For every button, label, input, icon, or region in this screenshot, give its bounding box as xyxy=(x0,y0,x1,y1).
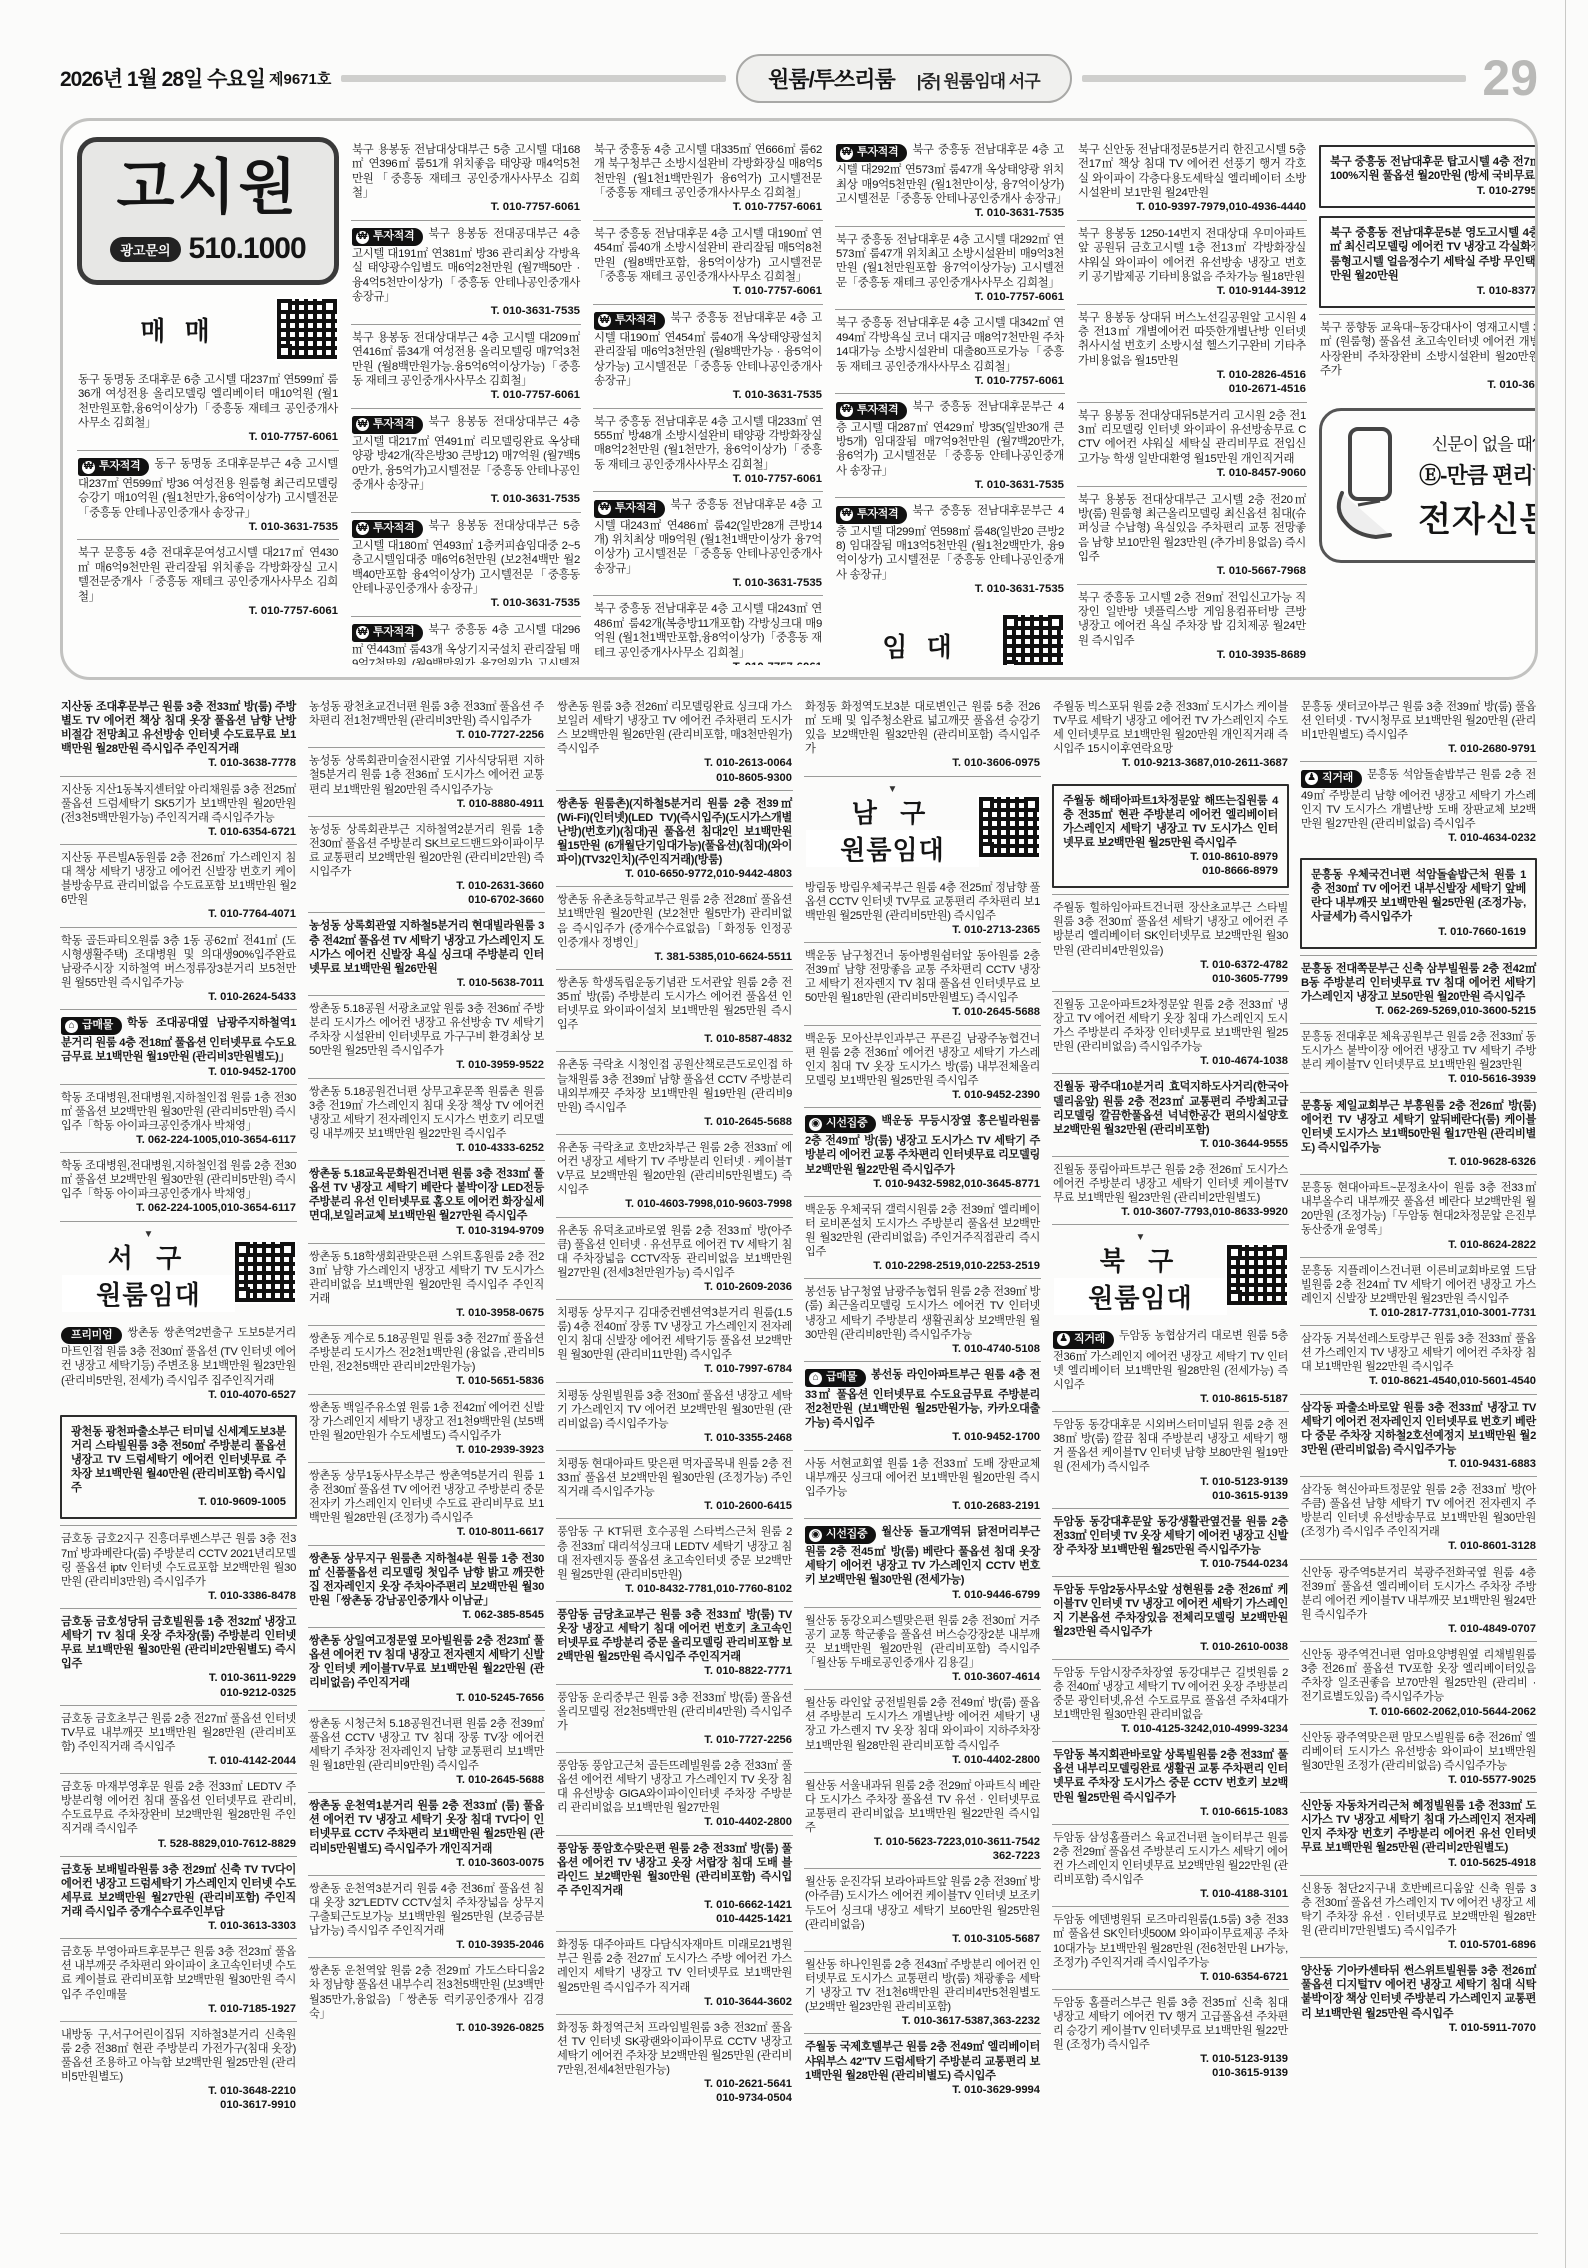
ad-phone: T. 010-2817-7731,010-3001-7731 xyxy=(1301,1306,1536,1320)
ad-item: 주월동 국제호텔부근 원룸 2층 전49㎡ 엘리베이터 샤워부스 42"TV 드… xyxy=(804,2033,1041,2101)
ad-item: 두암동 동강대후문앞 동강생활관옆건물 원룸 2층 전33㎡ 인터넷 TV 옷장… xyxy=(1052,1508,1289,1576)
ad-phone: T. 010-7757-6061 xyxy=(836,290,1064,304)
ad-text: 삼각동 파출소바로앞 원룸 3층 전33㎡ 냉장고 TV 세탁기 에어컨 전자레… xyxy=(1301,1402,1536,1456)
ad-text: 동구 동명동 조대후문 6층 고시텔 대237㎡ 연599㎡ 룸36개 여성전용… xyxy=(78,374,338,429)
ad-phone: T. 010-7757-6061 xyxy=(836,374,1064,388)
ad-item: 문흥동 제일교회부근 부흥원룸 2층 전26㎡ 방(룸) 에어컨 TV 냉장고 … xyxy=(1300,1092,1537,1175)
ad-text: 진월동 고운아파트2차정문앞 원룸 2층 전33㎡ 냉장고 TV 에어컨 세탁기… xyxy=(1053,999,1288,1053)
ad-item: 삼각동 거북선레스토랑부근 원룸 3층 전33㎡ 풀옵션 가스레인지 TV 냉장… xyxy=(1300,1325,1537,1393)
ad-text: 쌍촌동 5.18공원건너편 상무고후문쪽 원룸촌 원룸 3층 전19㎡ 가스레인… xyxy=(309,1086,544,1140)
ad-phone: T. 010-2645-5688 xyxy=(309,1773,544,1787)
ad-phone: T. 010-5911-7070 xyxy=(1301,2021,1536,2035)
ad-item: 풍암동 운리중부근 원룸 3층 전33㎡ 방(룸) 풀옵션 올리모델링 전2천5… xyxy=(556,1684,793,1752)
ad-phone: T. 010-3648-2210 xyxy=(61,2084,296,2098)
ad-item: 삼각동 혁신아파트정문앞 원룸 2층 전33㎡ 방(아주큼) 풀옵션 남향 세탁… xyxy=(1300,1476,1537,1559)
ad-phone: T. 062-269-5269,010-3600-5215 xyxy=(1301,1004,1536,1018)
ad-badge-급매물: ⌂급매물 xyxy=(805,1369,866,1387)
badge-icon: ₩ xyxy=(356,626,369,639)
ad-text: 주월동 힐하임아파트건너편 장산초교부근 스타빌원룸 3층 전30㎡ 풀옵션 세… xyxy=(1053,902,1288,956)
ad-item: 농성동 상록회관부근 지하철역2분거리 원룸 1층 전30㎡ 풀옵션 주방분리 … xyxy=(308,816,545,913)
ad-badge-투자적격: ₩투자적격 xyxy=(352,624,423,642)
ad-item: 농성동 상록회관옆 지하철5분거리 현대빌라원룸 3층 전42㎡ 풀옵션 TV … xyxy=(308,912,545,995)
ad-item: 신안동 광주역건너편 엄마요양병원옆 리채빌원룸 3층 전26㎡ 풀옵션 TV포… xyxy=(1300,1641,1537,1724)
ad-text: 백운동 모아산부인과부근 푸른길 남광주농협건너편 원룸 2층 전36㎡ 에어컨… xyxy=(805,1033,1040,1087)
ad-text: 풍암동 운리중부근 원룸 3층 전33㎡ 방(룸) 풀옵션 올리모델링 전2천5… xyxy=(557,1692,792,1732)
ad-phone: T. 010-4849-0707 xyxy=(1301,1622,1536,1636)
badge-icon: ₩ xyxy=(840,508,853,521)
ad-phone: T. 010-8432-7781,010-7760-8102 xyxy=(557,1582,792,1596)
ad-item: 신안동 자동차거리근처 혜정빌원룸 1층 전33㎡ 도시가스 TV 냉장고 세탁… xyxy=(1300,1792,1537,1875)
ad-text: 내방동 구,서구어린이집뒤 지하철3분거리 신축원룸 2층 전38㎡ 현관 주방… xyxy=(61,2029,296,2083)
ad-phone: T. 010-2645-5688 xyxy=(805,1005,1040,1019)
ad-text: 지산동 지산1동복지센터앞 아리채원룸 3층 전25㎡ 풀옵션 드럼세탁기 SK… xyxy=(61,784,296,824)
ad-item: 쌍촌동 시청근처 5.18공원건너편 원룸 2층 전39㎡ 풀옵션 CCTV 냉… xyxy=(308,1710,545,1793)
ad-phone: T. 010-6602-2062,010-5644-2062 xyxy=(1301,1705,1536,1719)
ad-item: 광천동 광천파출소부근 터미널 신세계도보3분거리 스타빌원룸 3층 전50㎡ … xyxy=(60,1415,297,1520)
newspaper-page: 2026년 1월 28일 수요일 제9671호 원룸/투쓰리룸 |중| 원룸임대… xyxy=(0,0,1588,2268)
ad-badge-투자적격: ₩투자적격 xyxy=(594,312,665,330)
ad-item: ₩투자적격북구 중흥동 전남대후문부근 4층 고시텔 대287㎡ 연429㎡ 방… xyxy=(835,393,1065,497)
ad-item: 화정동 대주아파트 다담식자재마트 미래로21병원부근 원룸 2층 전27㎡ 도… xyxy=(556,1931,793,2014)
ad-item: ◉시선집중백운동 무등시장옆 홍은빌라원룸 2층 전49㎡ 방(룸) 냉장고 도… xyxy=(804,1107,1041,1196)
ad-text: 두암동 복지회관바로앞 상록빌원룸 2층 전33㎡ 풀옵션 내부리모델링완료 생… xyxy=(1053,1749,1288,1803)
qr-code xyxy=(979,797,1039,857)
ad-text: 진월동 광주대10분거리 효덕지하도사거리(한국아델리움앞) 원룸 2층 전23… xyxy=(1053,1081,1288,1135)
ad-text: 금호동 금호2지구 진흥더루벤스부근 원룸 3층 전37㎡ 방과베란다(룸) 주… xyxy=(61,1533,296,1587)
ad-text: 삼각동 거북선레스토랑부근 원룸 3층 전33㎡ 풀옵션 가스레인지 TV 냉장… xyxy=(1301,1333,1536,1373)
ad-phone: T. 010-5577-9025 xyxy=(1301,1773,1536,1787)
region-line1: 북 구 xyxy=(1054,1241,1227,1278)
page-bottom-rule xyxy=(60,2233,1538,2234)
ad-phone: T. 010-3935-8689 xyxy=(1078,648,1306,662)
ad-text: 화정동 화정역도보3분 대로변인근 원룸 5층 전26㎡ 도배 및 입주청소완료… xyxy=(805,701,1040,755)
ad-text: 진월동 풍림아파트부근 원룸 2층 전26㎡ 도시가스 에어컨 주방분리 냉장고… xyxy=(1053,1164,1288,1204)
ad-item: ♟직거래문흥동 석암돌솥밥부근 원룸 2층 전49㎡ 주방분리 남향 에어컨 냉… xyxy=(1300,761,1537,850)
ad-phone: T. 010-9432-5982,010-3645-8771 xyxy=(805,1177,1040,1191)
ad-item: 풍암동 풍암고근처 골든뜨레빌원룸 2층 전33㎡ 풀옵션 에어컨 세탁기 냉장… xyxy=(556,1752,793,1835)
promo-line3: 전자신문 xyxy=(1408,492,1538,541)
ad-item: 북구 중흥동 전남대후문 4층 고시텔 대342㎡ 연494㎡ 각방욕실 코너 … xyxy=(835,309,1065,393)
ad-phone: T. 010-8615-5187 xyxy=(1053,1392,1288,1406)
ad-text: 북구 중흥동 전남대후문5분 영도고시텔 4층 전15㎡ 최신리모델링 에어컨 … xyxy=(1330,227,1538,282)
ad-item: 금호동 마재부영후문 원룸 2층 전33㎡ LEDTV 주방분리형 에어컨 침대… xyxy=(60,1773,297,1856)
ad-phone: T. 010-7727-2256 xyxy=(557,1733,792,1747)
ad-phone: T. 010-2621-5641 xyxy=(557,2077,792,2091)
ad-text: 쌍촌동 상무지구 원룸촌 지하철4분 원룸 1층 전30㎡ 신품풀옵션 리모델링… xyxy=(309,1553,544,1607)
ad-phone: T. 010-7757-6061 xyxy=(352,200,580,214)
promo-text: 신문이 없을 때?Ⓔ-만큼 편리한전자신문 xyxy=(1408,430,1538,541)
ad-item: 풍암동 풍암호수맞은편 원룸 2층 전33㎡ 방(룸) 풀옵션 에어컨 TV 냉… xyxy=(556,1835,793,1932)
ad-item: 쌍촌동 운천역3분거리 원룸 4층 전36㎡ 풀옵션 침대 옷장 32"LEDT… xyxy=(308,1875,545,1958)
ad-item: ⌂급매물봉선동 라인아파트부근 원룸 4층 전33㎡ 풀옵션 인터넷무료 수도요… xyxy=(804,1361,1041,1450)
ad-column: 화정동 화정역도보3분 대로변인근 원룸 5층 전26㎡ 도배 및 입주청소완료… xyxy=(804,694,1041,2180)
promo-line2: Ⓔ-만큼 편리한 xyxy=(1408,459,1538,490)
ad-phone: T. 010-7727-2256 xyxy=(309,728,544,742)
ad-text: 쌍촌동 계수로 5.18공원밑 원룸 3층 전27㎡ 풀옵션 주방분리 도시가스… xyxy=(309,1333,544,1373)
ad-item: 북구 문흥동 4층 전대후문여성고시텔 대217㎡ 연430㎡ 매6억9천만원 … xyxy=(77,539,339,623)
ad-phone: T. 010-9144-3912 xyxy=(1078,284,1306,298)
ad-phone: 010-4425-1421 xyxy=(557,1912,792,1926)
ad-item: 문흥동 우체국건너편 석암돌솥밥근처 원룸 1층 전30㎡ TV 에어컨 내부신… xyxy=(1300,858,1537,949)
ad-item: 쌍촌동 5.18공원건너편 상무고후문쪽 원룸촌 원룸 3층 전19㎡ 가스레인… xyxy=(308,1078,545,1161)
ad-phone: T. 010-3631-7535 xyxy=(352,492,580,506)
ad-item: 금호동 부영아파트후문부근 원룸 3층 전23㎡ 풀옵션 내부깨끗 주차편리 와… xyxy=(60,1938,297,2021)
badge-icon: ₩ xyxy=(356,522,369,535)
ad-item: 쌍촌동 5.18학생회관맞은편 스위트홈원룸 2층 전23㎡ 남향 가스레인지 … xyxy=(308,1243,545,1326)
ad-item: 쌍촌동 상무지구 원룸촌 지하철4분 원룸 1층 전30㎡ 신품풀옵션 리모델링… xyxy=(308,1545,545,1628)
ad-item: 유촌동 극락초 시청인접 공원산책로큰도로인접 하늘채원룸 3층 전39㎡ 남향… xyxy=(556,1051,793,1134)
ad-item: 쌍촌동 학생독립운동기념관 도서관앞 원룸 2층 전35㎡ 방(룸) 주방분리 … xyxy=(556,969,793,1052)
ad-text: 풍암동 금당초교부근 원룸 3층 전33㎡ 방(룸) TV 옷장 냉장고 세탁기… xyxy=(557,1609,792,1663)
ad-column: 쌍촌동 원룸 3층 전26㎡ 리모델링완료 싱크대 가스보일러 세탁기 냉장고 … xyxy=(556,694,793,2180)
ad-phone: T. 010-3631-7535 xyxy=(836,478,1064,492)
region-heading: ▼남 구원룸임대 xyxy=(804,776,1041,875)
region-line2: 원룸임대 xyxy=(62,1275,235,1312)
ad-badge-투자적격: ₩투자적격 xyxy=(78,458,149,476)
ad-phone: T. 010-3958-0675 xyxy=(309,1306,544,1320)
ad-text: 쌍촌동 운천역3분거리 원룸 4층 전36㎡ 풀옵션 침대 옷장 32"LEDT… xyxy=(309,1883,544,1937)
ad-text: 치평동 상무지구 김대중컨벤션역3분거리 원룸(1.5룸) 4층 전40㎡ 장롱… xyxy=(557,1307,792,1361)
page-header: 2026년 1월 28일 수요일 제9671호 원룸/투쓰리룸 |중| 원룸임대… xyxy=(60,52,1538,104)
ad-item: 유촌동 유덕초교바로옆 원룸 2층 전33㎡ 방(아주큼) 풀옵션 인터넷 · … xyxy=(556,1217,793,1300)
ad-phone: 010-9212-0325 xyxy=(61,1686,296,1700)
ad-text: 금호동 금호초부근 원룸 2층 전27㎡ 풀옵션 인터넷 TV무료 내부깨끗 보… xyxy=(61,1713,296,1753)
ad-item: 월산동 동강오피스텔맞은편 원룸 2층 전30㎡ 거주 공기 교통 학군좋음 풀… xyxy=(804,1607,1041,1690)
section-pill: 원룸/투쓰리룸 |중| 원룸임대 서구 xyxy=(736,54,1072,103)
ad-item: 지산동 지산1동복지센터앞 아리채원룸 3층 전25㎡ 풀옵션 드럼세탁기 SK… xyxy=(60,776,297,844)
ad-phone: T. 010-2600-6415 xyxy=(557,1499,792,1513)
ad-phone: T. 010-3355-2468 xyxy=(557,1431,792,1445)
ad-phone: T. 010-5245-7656 xyxy=(309,1691,544,1705)
ad-phone: T. 010-8880-4911 xyxy=(309,797,544,811)
ad-text: 농성동 상록회관옆 지하철5분거리 현대빌라원룸 3층 전42㎡ 풀옵션 TV … xyxy=(309,920,544,974)
ad-badge-투자적격: ₩투자적격 xyxy=(836,144,907,162)
ad-text: 주월동 해태아파트1차정문앞 해뜨는집원룸 4층 전35㎡ 현관 주방분리 에어… xyxy=(1063,795,1278,849)
ad-phone: T. 010-8587-4832 xyxy=(557,1032,792,1046)
gosiwon-logo-title: 고시원 xyxy=(92,158,324,218)
ad-item: 치평동 상무지구 김대중컨벤션역3분거리 원룸(1.5룸) 4층 전40㎡ 장롱… xyxy=(556,1299,793,1382)
ad-item: 프리미엄쌍촌동 쌍촌역2번출구 도보5분거리 마트인접 원룸 3층 전30㎡ 풀… xyxy=(60,1320,297,1407)
ad-badge-투자적격: ₩투자적격 xyxy=(352,416,423,434)
ad-item: 북구 중흥동 전남대후문 4층 고시텔 대243㎡ 연486㎡ 룸42개(복층방… xyxy=(593,595,823,665)
ad-phone: T. 010-7757-6061 xyxy=(594,200,822,214)
ad-text: 월산동 하나인원룸 2층 전43㎡ 주방분리 에어컨 인터넷무료 도시가스 교통… xyxy=(805,1959,1040,2013)
ad-badge-시선집중: ◉시선집중 xyxy=(805,1115,876,1133)
ad-item: ◉시선집중월산동 돌고개역뒤 닭전머리부근 원룸 2층 전45㎡ 방(룸) 베란… xyxy=(804,1518,1041,1607)
ad-phone: T. 010-7757-6061 xyxy=(352,388,580,402)
ad-phone: T. 010-5623-7223,010-3611-7542 xyxy=(805,1835,1040,1849)
ad-phone: T. 062-224-1005,010-3654-6117 xyxy=(61,1201,296,1215)
ad-text: 봉선동 남구청옆 남광주농협뒤 원룸 2층 전39㎡ 방(룸) 최근올리모델링 … xyxy=(805,1286,1040,1340)
ad-text: 문흥동 우체국건너편 석암돌솥밥근처 원룸 1층 전30㎡ TV 에어컨 내부신… xyxy=(1311,869,1526,923)
ad-phone: T. 010-3607-4614 xyxy=(805,1670,1040,1684)
ad-text: 풍암동 풍암호수맞은편 원룸 2층 전33㎡ 방(룸) 풀옵션 에어컨 TV 냉… xyxy=(557,1843,792,1897)
ad-text: 쌍촌동 5.18학생회관맞은편 스위트홈원룸 2층 전23㎡ 남향 가스레인지 … xyxy=(309,1251,544,1305)
ad-phone: T. 010-3644-9555 xyxy=(1053,1137,1288,1151)
ad-phone: T. 010-7997-6784 xyxy=(557,1362,792,1376)
ad-text: 화정동 화정역근처 프라임빌원룸 3층 전32㎡ 풀옵션 TV 인터넷 SK광랜… xyxy=(557,2022,792,2076)
ad-item: 북구 풍향동 교육대~동강대사이 영재고시텔 3층 전13㎡ (원룸형) 풀옵션… xyxy=(1319,314,1538,398)
ad-phone: T. 010-8011-6617 xyxy=(309,1525,544,1539)
ad-item: 북구 중흥동 4층 고시텔 대335㎡ 연666㎡ 룸62개 북구청부근 소방시… xyxy=(593,137,823,220)
ad-item: 농성동 광천초교건너편 원룸 3층 전33㎡ 풀옵션 주차편리 전1천7백만원 … xyxy=(308,694,545,747)
ad-text: 농성동 상록회관부근 지하철역2분거리 원룸 1층 전30㎡ 풀옵션 주방분리 … xyxy=(309,824,544,878)
ad-phone: T. 010-3386-8478 xyxy=(61,1589,296,1603)
ad-text: 월산동 서울내과뒤 원룸 2층 전29㎡ 아파트식 베란다 도시가스 주차장 풀… xyxy=(805,1780,1040,1834)
ad-phone: T. 010-7757-6061 xyxy=(594,284,822,298)
ad-text: 쌍촌동 상무1동사무소부근 쌍촌역5분거리 원룸 1층 전30㎡ 풀옵션 TV … xyxy=(309,1470,544,1524)
ad-column: 북구 중흥동 4층 고시텔 대335㎡ 연666㎡ 룸62개 북구청부근 소방시… xyxy=(593,137,823,665)
page-number: 29 xyxy=(1482,53,1538,103)
ad-text: 지산동 푸른빌A동원룸 2층 전26㎡ 가스레인지 침대 책상 세탁기 냉장고 … xyxy=(61,852,296,906)
ad-item: ₩투자적격북구 용봉동 전대공대부근 4층 고시텔 대191㎡ 연381㎡ 방3… xyxy=(351,220,581,324)
ad-phone: T. 010-2298-2519,010-2253-2519 xyxy=(805,1259,1040,1273)
region-heading: ▼북 구원룸임대 xyxy=(1052,1224,1289,1323)
ad-text: 양산동 기아카센타뒤 썬스위트빌원룸 3층 전26㎡ 풀옵션 디지털TV 에어컨… xyxy=(1301,1965,1536,2019)
ad-item: ₩투자적격북구 중흥동 전남대후문 4층 고시텔 대292㎡ 연573㎡ 룸47… xyxy=(835,137,1065,226)
ad-phone: T. 010-7544-0234 xyxy=(1053,1557,1288,1571)
ad-item: 쌍촌동 상일여고정문옆 모아빌원룸 2층 전23㎡ 풀옵션 에어컨 TV 침대 … xyxy=(308,1627,545,1710)
ad-phone: T. 010-9446-6799 xyxy=(805,1588,1040,1602)
ad-text: 신안동 광주역5분거리 북광주전화국옆 원룸 4층 전39㎡ 풀옵션 엘리베이터… xyxy=(1301,1567,1536,1621)
ad-text: 문흥동 샛터코아부근 원룸 3층 전39㎡ 방(룸) 풀옵션 인터넷 · TV시… xyxy=(1301,701,1536,741)
ad-phone: 010-6702-3660 xyxy=(309,893,544,907)
ad-text: 유촌동 유덕초교바로옆 원룸 2층 전33㎡ 방(아주큼) 풀옵션 인터넷 · … xyxy=(557,1225,792,1279)
ad-item: 월산동 하나인원룸 2층 전43㎡ 주방분리 에어컨 인터넷무료 도시가스 교통… xyxy=(804,1951,1041,2034)
ad-item: 북구 용봉동 전남대상대부근 5층 고시텔 대168㎡ 연396㎡ 룸51개 위… xyxy=(351,137,581,220)
region-line1: 남 구 xyxy=(806,793,979,830)
ad-text: 월산동 라인앞 궁전빌원룸 2층 전49㎡ 방(룸) 풀옵션 주방분리 도시가스… xyxy=(805,1697,1040,1751)
ad-item: 치평동 상원빌원룸 3층 전30㎡ 풀옵션 냉장고 세탁기 가스레인지 TV 에… xyxy=(556,1382,793,1450)
date-text: 2026년 1월 28일 수요일 xyxy=(60,63,265,93)
qr-code xyxy=(1227,1245,1287,1305)
ad-text: 두암동 두암2동사무소앞 성현원룸 2층 전26㎡ 케이블TV 인터넷 TV 냉… xyxy=(1053,1584,1288,1638)
region-title: ▼남 구원룸임대 xyxy=(806,787,979,867)
ad-item: ⌂급매물학동 조대공대옆 남광주지하철역1분거리 원룸 4층 전18㎡ 풀옵션 … xyxy=(60,1009,297,1084)
ad-phone: T. 010-9431-6883 xyxy=(1301,1457,1536,1471)
ad-text: 지산동 조대후문부근 원룸 3층 전33㎡ 방(룸) 주방별도 TV 에어컨 책… xyxy=(61,701,296,755)
badge-icon: ₩ xyxy=(598,314,611,327)
ad-item: 두암동 에덴병원뒤 로즈마리원룸(1.5룸) 3층 전33㎡ 풀옵션 SK인터넷… xyxy=(1052,1906,1289,1989)
ad-item: 화정동 화정역근처 프라임빌원룸 3층 전32㎡ 풀옵션 TV 인터넷 SK광랜… xyxy=(556,2014,793,2111)
ad-item: 쌍촌동 유촌초등학교부근 원룸 2층 전28㎡ 풀옵션 보1백만원 월20만원 … xyxy=(556,886,793,969)
ad-item: 주월동 힐하임아파트건너편 장산초교부근 스타빌원룸 3층 전30㎡ 풀옵션 세… xyxy=(1052,894,1289,991)
ad-text: 풍암동 풍암고근처 골든뜨레빌원룸 2층 전33㎡ 풀옵션 에어컨 세탁기 냉장… xyxy=(557,1760,792,1814)
ad-text: 백운동 우체국뒤 갤럭시원룸 2층 전39㎡ 엘리베이터 로비폰설치 도시가스 … xyxy=(805,1204,1040,1258)
ad-phone: T. 010-3629-9994 xyxy=(805,2083,1040,2097)
ad-item: 문흥동 전대쪽문부근 신축 삼부빌원룸 2층 전42㎡ B동 주방분리 인터넷무… xyxy=(1300,955,1537,1023)
ad-phone: T. 010-8822-7771 xyxy=(557,1664,792,1678)
ad-phone: T. 010-3631-7535 xyxy=(352,304,580,318)
region-line2: 원룸임대 xyxy=(1054,1278,1227,1315)
ad-text: 주월동 빅스포뒤 원룸 2층 전33㎡ 도시가스 케이블TV무료 세탁기 냉장고… xyxy=(1053,701,1288,755)
ad-item: 북구 중흥동 전남대후문 4층 고시텔 대292㎡ 연573㎡ 룸47개 위치최… xyxy=(835,226,1065,310)
ad-phone: 010-2671-4516 xyxy=(1078,382,1306,396)
badge-icon: ◉ xyxy=(809,1118,822,1131)
ad-item: 금호동 금호성당뒤 금호빌원룸 1층 전32㎡ 냉장고 세탁기 TV 침대 옷장… xyxy=(60,1608,297,1705)
ad-text: 북구 중흥동 전남대후문 4층 고시텔 대190㎡ 연454㎡ 룸40개 소방시… xyxy=(594,228,822,283)
ad-phone: T. 010-4142-2044 xyxy=(61,1754,296,1768)
ad-column: 주월동 빅스포뒤 원룸 2층 전33㎡ 도시가스 케이블TV무료 세탁기 냉장고… xyxy=(1052,694,1289,2180)
ad-phone: T. 010-3926-0825 xyxy=(309,2021,544,2035)
ad-item: 삼각동 파출소바로앞 원룸 3층 전33㎡ 냉장고 TV 세탁기 에어컨 전자레… xyxy=(1300,1394,1537,1477)
ad-item: 진월동 광주대10분거리 효덕지하도사거리(한국아델리움앞) 원룸 2층 전23… xyxy=(1052,1073,1289,1156)
ad-badge-투자적격: ₩투자적격 xyxy=(594,500,665,518)
ad-phone: T. 010-2795-0600 xyxy=(1330,184,1538,198)
ad-phone: T. 010-9452-2390 xyxy=(805,1088,1040,1102)
ad-item: 신용동 첨단2지구내 호반베르디움앞 신축 원룸 3층 전30㎡ 풀옵션 가스레… xyxy=(1300,1875,1537,1958)
ad-phone: T. 010-3105-5687 xyxy=(805,1932,1040,1946)
ad-item: ₩투자적격동구 동명동 조대후문부근 4층 고시텔 대237㎡ 연599㎡ 방3… xyxy=(77,450,339,540)
ad-badge-직거래: ♟직거래 xyxy=(1053,1331,1114,1349)
ad-item: 학동 조대병원,전대병원,지하철인접 원룸 1층 전30㎡ 풀옵션 보2백만원 … xyxy=(60,1084,297,1152)
ad-text: 북구 용봉동 전대상대부근 4층 고시텔 대209㎡ 연416㎡ 룸34개 여성… xyxy=(352,332,580,387)
section-subtitle: |중| 원룸임대 서구 xyxy=(917,67,1040,92)
ad-item: ₩투자적격북구 중흥동 전남대후문 4층 고시텔 대190㎡ 연454㎡ 룸40… xyxy=(593,304,823,408)
ad-column: 농성동 광천초교건너편 원룸 3층 전33㎡ 풀옵션 주차편리 전1천7백만원 … xyxy=(308,694,545,2180)
ad-phone: T. 010-2713-2365 xyxy=(805,923,1040,937)
ad-text: 북구 문흥동 4층 전대후문여성고시텔 대217㎡ 연430㎡ 매6억9천만원 … xyxy=(78,547,338,602)
ad-phone: T. 010-9452-1700 xyxy=(61,1065,296,1079)
ad-text: 방림동 방림우체국부근 원룸 4층 전25㎡ 정남향 풀옵션 CCTV 인터넷 … xyxy=(805,882,1040,922)
ad-item: 진월동 풍림아파트부근 원룸 2층 전26㎡ 도시가스 에어컨 주방분리 냉장고… xyxy=(1052,1156,1289,1224)
ad-item: 북구 용봉동 1250-14번지 전대상대 우미아파트앞 공원뒤 금호고시텔 1… xyxy=(1077,220,1307,304)
ad-item: ♟직거래두암동 농협삼거리 대로변 원룸 5층 전36㎡ 가스레인지 에어컨 냉… xyxy=(1052,1323,1289,1411)
ad-phone: 010-3617-9910 xyxy=(61,2098,296,2112)
ad-phone: T. 010-4333-6252 xyxy=(309,1141,544,1155)
ad-text: 학동 골든파티오원룸 3층 1동 공62㎡ 전41㎡ (도시형생활주택) 조대병… xyxy=(61,935,296,989)
ad-text: 북구 용봉동 1250-14번지 전대상대 우미아파트앞 공원뒤 금호고시텔 1… xyxy=(1078,228,1306,283)
ad-item: 쌍촌동 운천역앞 원룸 2층 전29㎡ 가도스타디움2차 정남향 풀옵션 내부수… xyxy=(308,1957,545,2040)
region-heading: ▼서 구원룸임대 xyxy=(60,1221,297,1320)
ad-text: 삼각동 혁신아파트정문앞 원룸 2층 전33㎡ 방(아주큼) 풀옵션 남향 세탁… xyxy=(1301,1484,1536,1538)
ad-item: 북구 용봉동 상대뒤 버스노선길공원앞 고시원 4층 전13㎡ 개별에어컨 따뜻… xyxy=(1077,304,1307,402)
ad-text: 문흥동 전대쪽문부근 신축 삼부빌원룸 2층 전42㎡ B동 주방분리 인터넷무… xyxy=(1301,963,1536,1003)
ad-phone: T. 010-6615-1083 xyxy=(1053,1805,1288,1819)
ad-item: 학동 골든파티오원룸 3층 1동 공62㎡ 전41㎡ (도시형생활주택) 조대병… xyxy=(60,927,297,1010)
ad-column: 고시원광고문의510.1000매 매동구 동명동 조대후문 6층 고시텔 대23… xyxy=(77,137,339,665)
ad-column: 북구 중흥동 전남대후문 탑고시텔 4층 전7㎡ 국비100%지원 풀옵션 월2… xyxy=(1319,137,1538,665)
issue-number: 제9671호 xyxy=(269,68,331,89)
ad-phone: T. 010-2683-2191 xyxy=(805,1499,1040,1513)
ad-phone: T. 010-3606-0975 xyxy=(805,756,1040,770)
ad-item: 북구 용봉동 전대상대부근 고시텔 2층 전20㎡ 방(룸) 원룸형 최근올리모… xyxy=(1077,486,1307,584)
ad-phone: T. 010-3631-7535 xyxy=(594,388,822,402)
promo-line1: 신문이 없을 때? xyxy=(1408,430,1538,455)
ad-phone: T. 010-3603-0075 xyxy=(309,1856,544,1870)
ad-phone: T. 528-8829,010-7612-8829 xyxy=(61,1837,296,1851)
ad-text: 치평동 상원빌원룸 3층 전30㎡ 풀옵션 냉장고 세탁기 가스레인지 TV 에… xyxy=(557,1390,792,1430)
ad-item: 월산동 운진각뒤 보라아파트앞 원룸 2층 전39㎡ 방(아주큼) 도시가스 에… xyxy=(804,1868,1041,1951)
ad-text: 북구 풍향동 교육대~동강대사이 영재고시텔 3층 전13㎡ (원룸형) 풀옵션… xyxy=(1320,322,1538,377)
ad-phone: T. 010-5667-7968 xyxy=(1078,564,1306,578)
ad-item: 금호동 보배빌라원룸 3층 전29㎡ 신축 TV TV다이 에어컨 냉장고 드럼… xyxy=(60,1856,297,1939)
ad-phone: T. 010-4402-2800 xyxy=(557,1815,792,1829)
ad-badge-급매물: ⌂급매물 xyxy=(61,1017,122,1035)
ad-phone: T. 010-2609-2036 xyxy=(557,1280,792,1294)
ad-item: 쌍촌동 원룸 3층 전26㎡ 리모델링완료 싱크대 가스보일러 세탁기 냉장고 … xyxy=(556,694,793,790)
ad-text: 학동 조대병원,전대병원,지하철인접 원룸 1층 전30㎡ 풀옵션 보2백만원 … xyxy=(61,1092,296,1132)
ad-item: 신안동 광주역5분거리 북광주전화국옆 원룸 4층 전39㎡ 풀옵션 엘리베이터… xyxy=(1300,1559,1537,1642)
ad-item: 쌍촌동 상무1동사무소부근 쌍촌역5분거리 원룸 1층 전30㎡ 풀옵션 TV … xyxy=(308,1462,545,1545)
ad-text: 두암동 에덴병원뒤 로즈마리원룸(1.5룸) 3층 전33㎡ 풀옵션 SK인터넷… xyxy=(1053,1914,1288,1968)
ad-item: 사동 서현교회옆 원룸 1층 전33㎡ 도배 장판교체 내부깨끗 싱크대 에어컨… xyxy=(804,1450,1041,1518)
ad-phone: T. 010-5651-5836 xyxy=(309,1374,544,1388)
ad-phone: T. 010-2939-3923 xyxy=(309,1443,544,1457)
ad-item: 쌍촌동 5.18공원 서광초교앞 원룸 3층 전36㎡ 주방분리 도시가스 에어… xyxy=(308,995,545,1078)
ad-text: 쌍촌동 운천역앞 원룸 2층 전29㎡ 가도스타디움2차 정남향 풀옵션 내부수… xyxy=(309,1965,544,2019)
ad-phone: T. 010-4402-2800 xyxy=(805,1753,1040,1767)
ad-phone: T. 010-5701-6896 xyxy=(1301,1938,1536,1952)
ad-item: 신안동 광주역맞은편 맘모스빌원룸 6층 전26㎡ 엘리베이터 도시가스 유선방… xyxy=(1300,1724,1537,1792)
qr-code xyxy=(277,299,337,359)
ad-text: 백운동 남구청건너 동아병원쉼터앞 동아원룸 2층 전39㎡ 남향 전망좋음 교… xyxy=(805,950,1040,1004)
ad-item: 문흥동 전대후문 체육공원부근 원룸 2층 전33㎡ 동 도시가스 붙박이장 에… xyxy=(1300,1023,1537,1091)
ad-item: 방림동 방림우체국부근 원룸 4층 전25㎡ 정남향 풀옵션 CCTV 인터넷 … xyxy=(804,875,1041,942)
ad-text: 문흥동 전대후문 체육공원부근 원룸 2층 전33㎡ 동 도시가스 붙박이장 에… xyxy=(1301,1031,1536,1071)
ad-item: 치평동 현대아파트 맞은편 먹자골목내 원룸 2층 전33㎡ 풀옵션 보2백만원… xyxy=(556,1450,793,1518)
e-newspaper-promo: 신문이 없을 때?Ⓔ-만큼 편리한전자신문 xyxy=(1319,408,1538,563)
ad-phone: T. 010-3611-9229 xyxy=(61,1671,296,1685)
ad-phone: 010-9734-0504 xyxy=(557,2091,792,2105)
ad-text: 북구 용봉동 전대상대부근 고시텔 2층 전20㎡ 방(룸) 원룸형 최근올리모… xyxy=(1078,494,1306,563)
ad-phone: T. 010-7757-6061 xyxy=(594,472,822,486)
ad-phone: 010-8666-8979 xyxy=(1063,864,1278,878)
ad-phone: T. 010-7185-1927 xyxy=(61,2002,296,2016)
gosiwon-ad-box: 고시원광고문의510.1000매 매동구 동명동 조대후문 6층 고시텔 대23… xyxy=(60,118,1538,680)
ad-phone: T. 010-9609-1005 xyxy=(71,1495,286,1509)
ad-text: 북구 중흥동 전남대후문 탑고시텔 4층 전7㎡ 국비100%지원 풀옵션 월2… xyxy=(1330,156,1538,182)
ad-text: 농성동 광천초교건너편 원룸 3층 전33㎡ 풀옵션 주차편리 전1천7백만원 … xyxy=(309,701,544,727)
ad-item: 지산동 조대후문부근 원룸 3층 전33㎡ 방(룸) 주방별도 TV 에어컨 책… xyxy=(60,694,297,776)
ad-text: 문흥동 제일교회부근 부흥원룸 2층 전26㎡ 방(룸) 에어컨 TV 냉장고 … xyxy=(1301,1100,1536,1154)
ad-text: 쌍촌동 유촌초등학교부근 원룸 2층 전28㎡ 풀옵션 보1백만원 월20만원 … xyxy=(557,894,792,948)
ad-phone: T. 010-3935-2046 xyxy=(309,1938,544,1952)
ad-text: 금호동 보배빌라원룸 3층 전29㎡ 신축 TV TV다이 에어컨 냉장고 드럼… xyxy=(61,1864,296,1918)
ad-text: 주월동 국제호텔부근 원룸 2층 전49㎡ 엘리베이터 샤워부스 42"TV 드… xyxy=(805,2041,1040,2081)
ad-text: 쌍촌동 5.18교육문화원건너편 원룸 3층 전33㎡ 풀옵션 TV 냉장고 세… xyxy=(309,1168,544,1222)
ad-text: 농성동 상록회관미술전시관옆 기사식당뒤편 지하철5분거리 원룸 1층 전36㎡… xyxy=(309,755,544,795)
ad-phone: T. 010-5625-4918 xyxy=(1301,1856,1536,1870)
ad-text: 금호동 금호성당뒤 금호빌원룸 1층 전32㎡ 냉장고 세탁기 TV 침대 옷장… xyxy=(61,1616,296,1670)
ad-column: 북구 신안동 전남대정문5분거리 한진고시텔 5층 전17㎡ 책상 침대 TV … xyxy=(1077,137,1307,665)
badge-icon: ₩ xyxy=(598,502,611,515)
ad-text: 학동 조대병원,전대병원,지하철인접 원룸 2층 전30㎡ 풀옵션 보2백만원 … xyxy=(61,1160,296,1200)
ad-item: 북구 중흥동 전남대후문 4층 고시텔 대190㎡ 연454㎡ 룸40개 소방시… xyxy=(593,220,823,304)
ad-item: 두암동 동강대후문 시외버스터미널뒤 원룸 2층 전38㎡ 방(룸) 깔끔 침대… xyxy=(1052,1411,1289,1508)
ad-text: 쌍촌동 원룸 3층 전26㎡ 리모델링완료 싱크대 가스보일러 세탁기 냉장고 … xyxy=(557,701,792,755)
ad-item: 북구 용봉동 전대상대뒤5분거리 고시원 2층 전13㎡ 리모델링 인터넷 와이… xyxy=(1077,402,1307,486)
ad-text: 유촌동 극락초교 호반2차부근 원룸 2층 전33㎡ 에어컨 냉장고 세탁기 T… xyxy=(557,1142,792,1196)
ad-phone: 010-8605-9300 xyxy=(557,771,792,785)
ad-phone: T. 010-9452-1700 xyxy=(805,1430,1040,1444)
ad-text: 북구 신안동 전남대정문5분거리 한진고시텔 5층 전17㎡ 책상 침대 TV … xyxy=(1078,144,1306,199)
ad-text: 두암동 동강대후문앞 동강생활관옆건물 원룸 2층 전33㎡ 인터넷 TV 옷장… xyxy=(1053,1516,1288,1556)
ad-item: 풍암동 금당초교부근 원룸 3층 전33㎡ 방(룸) TV 옷장 냉장고 세탁기… xyxy=(556,1601,793,1684)
ad-phone: T. 010-2826-4516 xyxy=(1078,368,1306,382)
ad-phone: T. 010-3631-7535 xyxy=(78,520,338,534)
ad-item: 백운동 모아산부인과부근 푸른길 남광주농협건너편 원룸 2층 전36㎡ 에어컨… xyxy=(804,1025,1041,1108)
ad-text: 쌍촌동 시청근처 5.18공원건너편 원룸 2층 전39㎡ 풀옵션 CCTV 냉… xyxy=(309,1718,544,1772)
category-title: 임 대 xyxy=(837,627,1003,664)
badge-icon: ₩ xyxy=(356,231,369,244)
ad-text: 사동 서현교회옆 원룸 1층 전33㎡ 도배 장판교체 내부깨끗 싱크대 에어컨… xyxy=(805,1458,1040,1498)
ad-item: 내방동 구,서구어린이집뒤 지하철3분거리 신축원룸 2층 전38㎡ 현관 주방… xyxy=(60,2021,297,2118)
ad-item: 월산동 라인앞 궁전빌원룸 2층 전49㎡ 방(룸) 풀옵션 주방분리 도시가스… xyxy=(804,1689,1041,1772)
ad-phone: T. 010-3613-3303 xyxy=(61,1919,296,1933)
ad-item: 월산동 서울내과뒤 원룸 2층 전29㎡ 아파트식 베란다 도시가스 주차장 풀… xyxy=(804,1772,1041,1869)
region-title: ▼서 구원룸임대 xyxy=(62,1232,235,1312)
